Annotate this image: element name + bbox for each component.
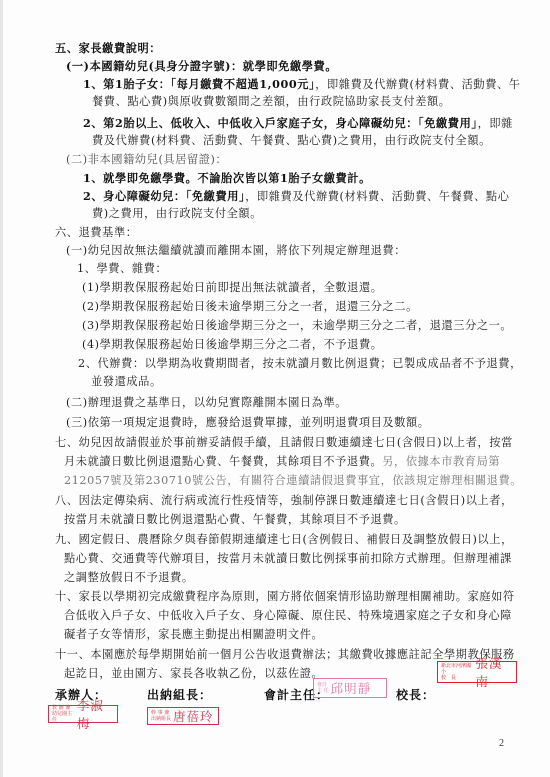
section-5-2-item-2-line-1: 2、身心障礙幼兒：「免繳費用」，即雜費及代辦費(材料費、活動費、午餐費、點心 bbox=[83, 189, 510, 204]
section-5-1-heading: (一)本國籍幼兒(具身分證字號)：就學即免繳學費。 bbox=[66, 59, 337, 73]
section-6-1-point-4: (4)學期教保服務起始日後逾學期三分之二者，不予退費。 bbox=[82, 338, 383, 352]
section-5-2-item-2-line-2: 費)之費用，由行政院支付全額。 bbox=[92, 207, 262, 221]
section-6-1-item-2-line-1: 2、代辦費：以學期為收費期間者，按未就讀月數比例退費；已製成成品者不予退費， bbox=[78, 357, 522, 371]
section-10-line-2: 合低收入戶子女、中低收入戶子女、身心障礙、原住民、特殊境遇家庭之子女和身心障 bbox=[64, 609, 512, 623]
principal-seal: 新北市河濱國小校 長 張漢南 bbox=[437, 661, 517, 683]
seal-name: 邱明靜 bbox=[331, 679, 372, 697]
item-2-bold: 2、身心障礙幼兒：「免繳費用」 bbox=[83, 189, 245, 203]
seal-name: 唐蓓玲 bbox=[173, 707, 214, 725]
section-7-line-2-main: 月未就讀日數比例退還點心費、午餐費，其餘項目不予退費。 bbox=[64, 455, 382, 468]
section-6-1-item-2-line-2: 並發還成品。 bbox=[91, 375, 162, 389]
section-5-1-item-1-line-1: 1、第1胎子女：「每月繳費不超過1,000元」，即雜費及代辦費(材料費、活動費、… bbox=[83, 77, 521, 92]
section-6-heading: 六、退費基準： bbox=[55, 226, 138, 240]
page-number: 2 bbox=[499, 738, 504, 749]
cashier-label: 出納組長： bbox=[147, 686, 212, 703]
item-1-bold: 1、第1胎子女：「每月繳費不超過1,000元」 bbox=[83, 77, 315, 91]
item-2-rest: ，即雜 bbox=[478, 117, 513, 130]
document-page: 五、家長繳費說明： (一)本國籍幼兒(具身分證字號)：就學即免繳學費。 1、第1… bbox=[0, 0, 550, 777]
item-2-bold: 2、第2胎以上、低收入、中低收入戶家庭子女，身心障礙幼兒：「免繳費用」 bbox=[83, 116, 478, 130]
section-5-2-heading: (二)非本國籍幼兒(具居留證)： bbox=[66, 153, 227, 167]
section-7-line-2: 月未就讀日數比例退還點心費、午餐費，其餘項目不予退費。另，依據本市教育局第 bbox=[64, 455, 500, 469]
item-2-rest: ，即雜費及代辦費(材料費、活動費、午餐費、點心 bbox=[245, 190, 509, 203]
section-10-line-1: 十、家長以學期初完成繳費程序為原則，園方將依個案情形協助辦理相關補助。家庭如符 bbox=[55, 590, 515, 604]
section-6-2: (二)辦理退費之基準日，以幼兒實際離開本園日為準。 bbox=[66, 396, 347, 410]
seal-title-bottom: 主 任 bbox=[317, 688, 329, 694]
seal-name: 張漢南 bbox=[475, 654, 513, 690]
section-6-1-point-3: (3)學期教保服務起始日後逾學期三分之一，未逾學期三分之二者，退還三分之一。 bbox=[82, 319, 512, 333]
cashier-seal: 幹 事 兼出納組長 唐蓓玲 bbox=[147, 707, 219, 725]
section-8-line-2: 按當月未就讀日數比例退還點心費、午餐費，其餘項目不予退費。 bbox=[64, 513, 406, 527]
seal-name: 李淑梅 bbox=[77, 696, 114, 732]
section-8-line-1: 八、因法定傳染病、流行病或流行性疫情等，強制停課日數連續達七日(含假日)以上者， bbox=[55, 494, 513, 508]
section-5-1-item-2-line-1: 2、第2胎以上、低收入、中低收入戶家庭子女，身心障礙幼兒：「免繳費用」，即雜 bbox=[83, 116, 513, 131]
seal-title-bottom: 出納組長 bbox=[151, 716, 171, 722]
section-6-3: (三)依第一項規定退費時，應發給退費單據，並列明退費項目及數額。 bbox=[66, 416, 430, 430]
handler-seal: 教 師 兼幼兒園主任 李淑梅 bbox=[48, 705, 118, 723]
section-5-1-item-1-line-2: 餐費、點心費)與原收費數額間之差額，由行政院協助家長支付差額。 bbox=[92, 95, 451, 109]
section-5-1-item-2-line-2: 費及代辦費(材料費、活動費、午餐費、點心費)之費用，由行政院支付全額。 bbox=[92, 134, 491, 148]
section-6-1-point-2: (2)學期教保服務起始日後未逾學期三分之一者，退還三分之二。 bbox=[82, 300, 418, 314]
section-7-line-2-gray: 另，依據本市教育局第 bbox=[382, 455, 500, 468]
section-9-line-2: 點心費、交通費等代辦項目，按當月未就讀日數比例採事前扣除方式辦理。但辦理補課 bbox=[64, 552, 512, 566]
section-6-1-point-1: (1)學期教保服務起始日前即提出無法就讀者，全數退還。 bbox=[82, 281, 383, 295]
section-5-2-item-1: 1、就學即免繳學費。不論胎次皆以第1胎子女繳費計。 bbox=[83, 171, 371, 185]
principal-label: 校長： bbox=[396, 686, 435, 703]
section-11-line-1: 十一、本園應於每學期開始前一個月公告收退費辦法；其繳費收據應註記全學期教保服務 bbox=[55, 648, 515, 662]
section-7-line-3: 212057號及第230710號公告，有關符合連續請假退費事宜，依該規定辦理相關… bbox=[64, 474, 522, 488]
section-11-line-2: 起訖日，並由園方、家長各收執乙份，以茲佐證。 bbox=[64, 667, 323, 681]
scan-edge bbox=[0, 0, 3, 777]
section-6-1-heading: (一)幼兒因故無法繼續就讀而離開本園，將依下列規定辦理退費： bbox=[66, 244, 406, 258]
seal-title-top: 新北市河濱國小 bbox=[441, 663, 473, 675]
seal-title-bottom: 校 長 bbox=[441, 675, 473, 681]
section-9-line-1: 九、國定假日、農曆除夕與春節假期連續達七日(含例假日、補假日及調整放假日)以上， bbox=[55, 533, 513, 547]
section-9-line-3: 之調整放假日不予退費。 bbox=[64, 571, 194, 585]
item-1-rest: ，即雜費及代辦費(材料費、活動費、午 bbox=[315, 78, 520, 91]
accounting-seal: 會計主 任 邱明靜 bbox=[313, 678, 387, 698]
section-6-1-item-1-heading: 1、學費、雜費： bbox=[77, 262, 167, 276]
seal-title-bottom: 幼兒園主任 bbox=[52, 711, 75, 723]
section-5-heading: 五、家長繳費說明： bbox=[55, 41, 161, 55]
section-10-line-3: 礙者子女等情形，家長應主動提出相關證明文件。 bbox=[64, 628, 323, 642]
section-7-line-1: 七、幼兒因故請假並於事前辦妥請假手續，且請假日數連續達七日(含假日)以上者，按當 bbox=[55, 436, 513, 450]
